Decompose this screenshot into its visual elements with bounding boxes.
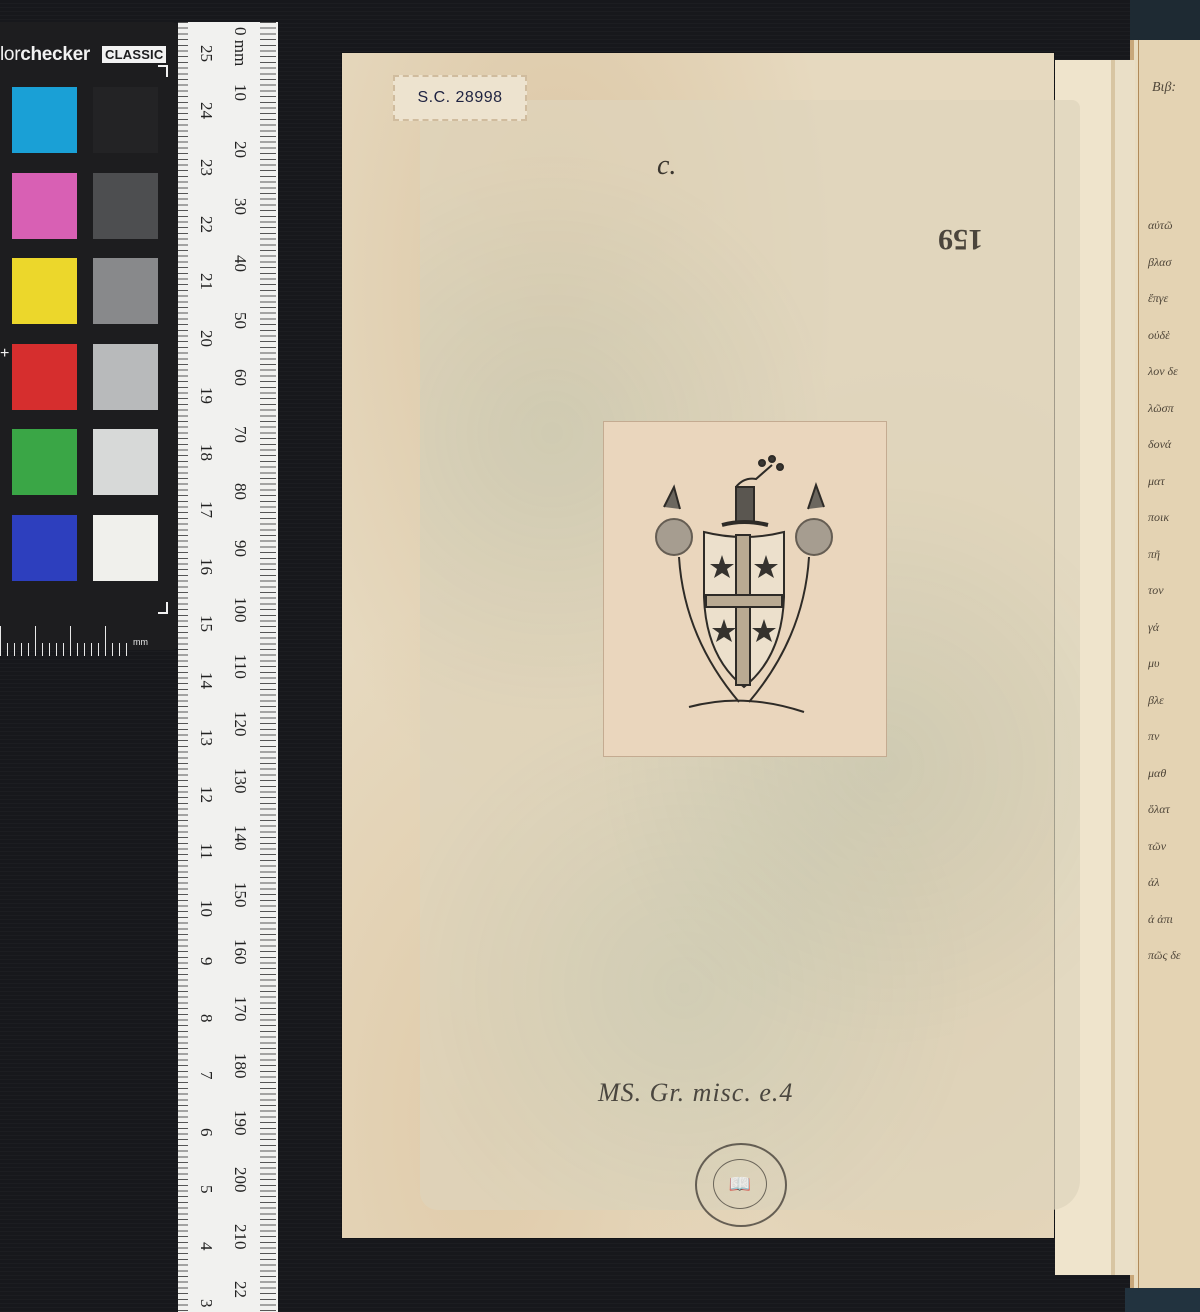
ruler-inch-label: 21 <box>196 273 216 290</box>
coat-of-arms-icon <box>644 447 844 737</box>
ruler-inch-label: 3 <box>196 1299 216 1308</box>
ruler-mm-label: 40 <box>230 255 250 272</box>
crosshair-icon: + <box>0 346 9 362</box>
ruler-mm-label: 70 <box>230 426 250 443</box>
armorial-bookplate <box>603 421 887 757</box>
pencil-number: 159 <box>938 222 983 256</box>
greek-text-line: πῶς δε <box>1148 948 1181 963</box>
greek-text-line: βλασ <box>1148 255 1171 270</box>
greek-text-line: τῶν <box>1148 839 1166 854</box>
ruler-inch-label: 25 <box>196 45 216 62</box>
swatch-dark-gray <box>93 173 158 239</box>
ruler-mm-label: 210 <box>230 1224 250 1250</box>
ruler-ticks-inch <box>178 22 188 1312</box>
swatch-blue <box>12 515 77 581</box>
greek-text-line: ποικ <box>1148 510 1169 525</box>
ruler-inch-label: 9 <box>196 957 216 966</box>
ruler-mm-label: 120 <box>230 711 250 737</box>
swatch-cyan <box>12 87 77 153</box>
greek-text-line: ἀ ἀπι <box>1148 912 1173 927</box>
ruler-mm-label: 170 <box>230 996 250 1022</box>
ruler-inch-label: 4 <box>196 1242 216 1251</box>
ruler-mm-label: 180 <box>230 1053 250 1079</box>
ruler-inch-label: 8 <box>196 1014 216 1023</box>
facing-page-heading: Βιβ: <box>1152 80 1176 96</box>
greek-text-line: αὐτῶ <box>1148 218 1173 233</box>
swatch-pale-gray <box>93 429 158 495</box>
ruler-mm-label: 60 <box>230 369 250 386</box>
ruler-inch-label: 16 <box>196 558 216 575</box>
greek-text-line: πν <box>1148 729 1159 744</box>
greek-text-line: ὅλατ <box>1148 802 1170 817</box>
greek-text-line: μυ <box>1148 656 1160 671</box>
ruler-inch-label: 13 <box>196 729 216 746</box>
swatch-light-gray <box>93 344 158 410</box>
ruler-inch-label: 5 <box>196 1185 216 1194</box>
ruler-mm-label: 140 <box>230 825 250 851</box>
greek-text-line: πῆ <box>1148 547 1160 562</box>
greek-text-line: μαθ <box>1148 766 1166 781</box>
swatch-yellow <box>12 258 77 324</box>
greek-text-line: γά <box>1148 620 1159 635</box>
greek-text-line: τον <box>1148 583 1164 598</box>
checker-edition-badge: CLASSIC <box>102 46 166 63</box>
ruler-mm-label: 20 <box>230 141 250 158</box>
ruler-inch-label: 14 <box>196 672 216 689</box>
pencil-shelfmark: MS. Gr. misc. e.4 <box>598 1078 793 1108</box>
ruler-mm-label: 100 <box>230 597 250 623</box>
ruler-mm-label: 50 <box>230 312 250 329</box>
shelfmark-label: S.C. 28998 <box>393 75 527 121</box>
ruler-inch-label: 15 <box>196 615 216 632</box>
ruler-inch-label: 10 <box>196 900 216 917</box>
measurement-ruler: 2524232221201918171615141312111098765430… <box>178 22 278 1312</box>
ruler-inch-label: 6 <box>196 1128 216 1137</box>
checker-brand: lorchecker <box>0 44 90 66</box>
ruler-ticks-mm <box>260 22 276 1312</box>
pencil-letter: c. <box>657 150 676 182</box>
library-stamp: 📖 <box>695 1143 787 1227</box>
ruler-inch-label: 11 <box>196 843 216 859</box>
swatch-black <box>93 87 158 153</box>
ruler-inch-label: 7 <box>196 1071 216 1080</box>
ruler-mm-label: 200 <box>230 1167 250 1193</box>
ruler-mm-label: 80 <box>230 483 250 500</box>
ruler-inch-label: 12 <box>196 786 216 803</box>
stamp-book-icon: 📖 <box>713 1159 767 1209</box>
greek-text-line: λον δε <box>1148 364 1178 379</box>
color-checker-card: lorchecker CLASSIC + mm <box>0 22 178 650</box>
ruler-mm-label: 30 <box>230 198 250 215</box>
ruler-mm-label: 130 <box>230 768 250 794</box>
ruler-mm-label: 22 <box>230 1281 250 1298</box>
swatch-red <box>12 344 77 410</box>
greek-text-line: δονά <box>1148 437 1171 452</box>
ruler-mm-label: 0 mm <box>230 27 250 66</box>
ruler-inch-label: 22 <box>196 216 216 233</box>
ruler-mm-label: 190 <box>230 1110 250 1136</box>
greek-text-line: λῶσπ <box>1148 401 1174 416</box>
facing-manuscript-page: Βιβ:αὐτῶβλασἔπγεοὐδὲλον δελῶσπδονάματποι… <box>1130 40 1200 1295</box>
ruler-mm-label: 110 <box>230 654 250 679</box>
ruler-mm-label: 150 <box>230 882 250 908</box>
ruler-mm-label: 160 <box>230 939 250 965</box>
ruler-inch-label: 24 <box>196 102 216 119</box>
ruler-inch-label: 20 <box>196 330 216 347</box>
ruler-inch-label: 19 <box>196 387 216 404</box>
swatch-magenta <box>12 173 77 239</box>
corner-mark-icon <box>158 602 168 614</box>
ruler-inch-label: 23 <box>196 159 216 176</box>
swatch-white <box>93 515 158 581</box>
greek-text-line: βλε <box>1148 693 1164 708</box>
greek-text-line: οὐδὲ <box>1148 328 1170 343</box>
mm-unit-label: mm <box>133 637 148 647</box>
greek-text-line: ματ <box>1148 474 1165 489</box>
ruler-mm-label: 90 <box>230 540 250 557</box>
ruler-mm-label: 10 <box>230 84 250 101</box>
swatch-mid-gray <box>93 258 158 324</box>
corner-mark-icon <box>158 65 168 77</box>
binding-bottom <box>1125 1288 1200 1312</box>
swatch-green <box>12 429 77 495</box>
mm-scale-major <box>0 626 130 656</box>
ruler-inch-label: 17 <box>196 501 216 518</box>
greek-text-line: ἀλ <box>1148 875 1160 890</box>
ruler-inch-label: 18 <box>196 444 216 461</box>
greek-text-line: ἔπγε <box>1148 291 1168 306</box>
